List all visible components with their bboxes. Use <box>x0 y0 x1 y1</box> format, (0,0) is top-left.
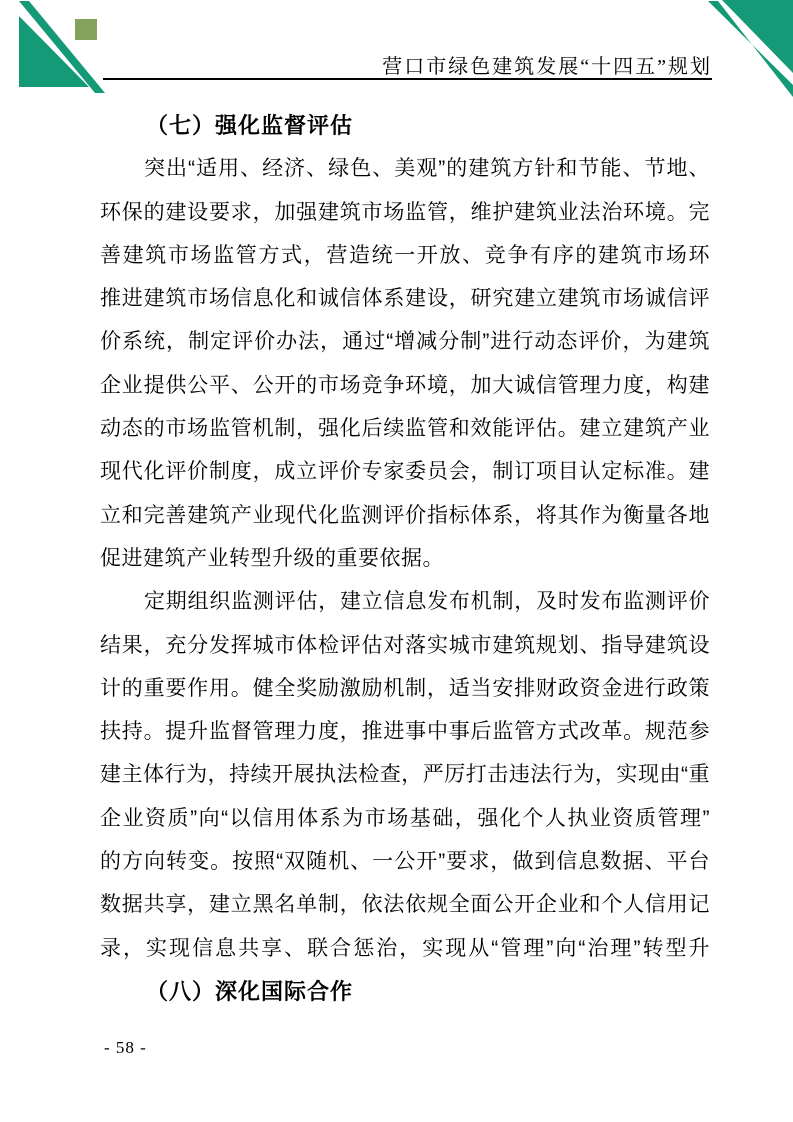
text-line: 扶持。提升监督管理力度，推进事中事后监管方式改革。规范参 <box>100 710 710 753</box>
text-line: 的方向转变。按照“双随机、一公开”要求，做到信息数据、平台 <box>100 840 710 883</box>
text-line: 定期组织监测评估，建立信息发布机制，及时发布监测评价 <box>100 580 710 623</box>
corner-triangle <box>722 0 793 73</box>
text-line: 突出“适用、经济、绿色、美观”的建筑方针和节能、节地、 <box>100 147 710 190</box>
section-7-paragraph-1: 突出“适用、经济、绿色、美观”的建筑方针和节能、节地、 环保的建设要求，加强建筑… <box>100 147 710 580</box>
olive-square-icon <box>75 19 97 40</box>
text-line: 企业提供公平、公开的市场竞争环境，加大诚信管理力度，构建 <box>100 364 710 407</box>
text-line: 环保的建设要求，加强建筑市场监管，维护建筑业法治环境。完 <box>100 191 710 234</box>
olive-square-shape <box>75 19 97 40</box>
section-7-heading: （七）强化监督评估 <box>100 104 710 147</box>
text-line: 推进建筑市场信息化和诚信体系建设，研究建立建筑市场诚信评 <box>100 277 710 320</box>
text-line: 录，实现信息共享、联合惩治，实现从“管理”向“治理”转型升级。 <box>100 927 710 970</box>
text-line: 价系统，制定评价办法，通过“增减分制”进行动态评价，为建筑 <box>100 320 710 363</box>
corner-ribbon-top-left-icon <box>0 0 115 100</box>
text-line: 数据共享，建立黑名单制，依法依规全面公开企业和个人信用记 <box>100 883 710 926</box>
document-page: 营口市绿色建筑发展“十四五”规划 （七）强化监督评估 突出“适用、经济、绿色、美… <box>0 0 793 1122</box>
text-line: 善建筑市场监管方式，营造统一开放、竞争有序的建筑市场环境， <box>100 234 710 277</box>
section-8-heading: （八）深化国际合作 <box>100 970 710 1013</box>
section-7-paragraph-2: 定期组织监测评估，建立信息发布机制，及时发布监测评价 结果，充分发挥城市体检评估… <box>100 580 710 970</box>
corner-stripe <box>708 1 793 97</box>
text-line: 立和完善建筑产业现代化监测评价指标体系，将其作为衡量各地 <box>100 494 710 537</box>
document-body: （七）强化监督评估 突出“适用、经济、绿色、美观”的建筑方针和节能、节地、 环保… <box>100 104 710 1013</box>
text-line: 现代化评价制度，成立评价专家委员会，制订项目认定标准。建 <box>100 450 710 493</box>
corner-stripe <box>19 1 105 93</box>
text-line: 计的重要作用。健全奖励激励机制，适当安排财政资金进行政策 <box>100 667 710 710</box>
text-line: 促进建筑产业转型升级的重要依据。 <box>100 537 710 580</box>
text-line: 建主体行为，持续开展执法检查，严厉打击违法行为，实现由“重 <box>100 753 710 796</box>
header-rule <box>103 78 712 80</box>
text-line: 动态的市场监管机制，强化后续监管和效能评估。建立建筑产业 <box>100 407 710 450</box>
page-number: - 58 - <box>104 1038 147 1058</box>
text-line: 企业资质”向“以信用体系为市场基础，强化个人执业资质管理” <box>100 797 710 840</box>
text-line: 结果，充分发挥城市体检评估对落实城市建筑规划、指导建筑设 <box>100 624 710 667</box>
header-title: 营口市绿色建筑发展“十四五”规划 <box>382 50 712 79</box>
